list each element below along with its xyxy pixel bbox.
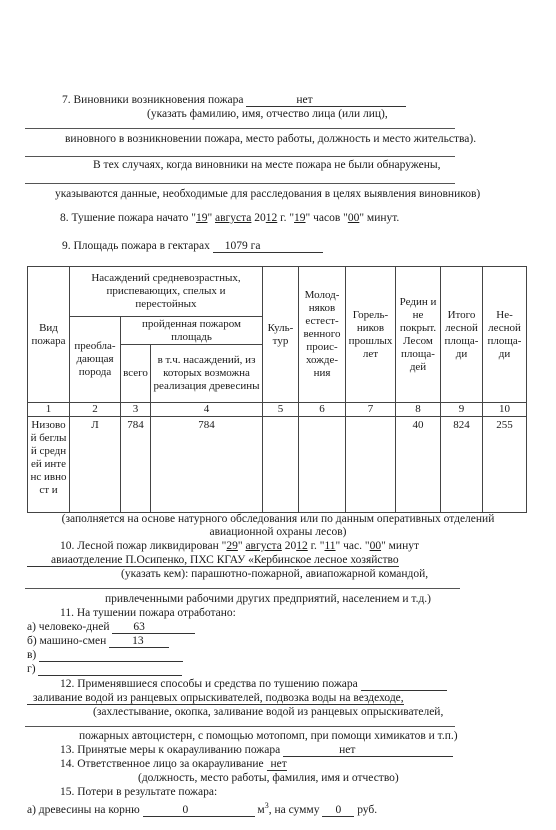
cell-burnt[interactable] [346,417,396,513]
item11-b-line: б) машино-смен 13 [27,634,169,648]
item12-hint2: пожарных автоцистерн, с помощью мотопомп… [79,729,458,743]
item14-line: 14. Ответственное лицо за окарауливание … [60,757,287,771]
cell-total[interactable]: 784 [121,417,151,513]
end-minute[interactable]: 00 [370,540,382,552]
extinguish-methods-field[interactable]: заливание водой из ранцевых опрыскивател… [27,692,404,705]
header-total-forest: Итого лесной площа-ди [441,267,483,403]
timber-sum-field[interactable]: 0 [322,804,354,817]
cell-total-forest[interactable]: 824 [441,417,483,513]
fire-area-table: Вид пожара Насаждений средневозрастных, … [27,266,527,513]
item8-line: 8. Тушение пожара начато "19" августа 20… [60,211,399,225]
cell-nonforest[interactable]: 255 [483,417,527,513]
blank-rule [25,128,455,129]
item13-line: 13. Принятые меры к окарауливанию пожара… [60,743,453,757]
cell-species[interactable]: Л [70,417,121,513]
cell-fire-type[interactable]: Низово й беглый средней интенс ивност и [28,417,70,513]
table-row: Низово й беглый средней интенс ивност и … [28,417,527,513]
item14-hint: (должность, место работы, фамилия, имя и… [138,771,399,785]
end-month[interactable]: августа [245,540,281,552]
header-burnt-past: Горель-ников прошлых лет [346,267,396,403]
item7-hint1: (указать фамилию, имя, отчество лица (ил… [147,107,388,121]
column-number-row: 1 2 3 4 5 6 7 8 9 10 [28,403,527,417]
header-burned-area: пройденная пожаром площадь [121,317,263,345]
item12-hint1: (захлестывание, окопка, заливание водой … [93,705,443,719]
item7-hint4: указываются данные, необходимые для расс… [55,187,480,201]
fire-area-field[interactable]: 1079 га [213,240,323,253]
item7-line: 7. Виновники возникновения пожара нет [62,93,406,107]
guarding-measures-field[interactable]: нет [283,744,453,757]
item12-value-line: заливание водой из ранцевых опрыскивател… [27,691,404,705]
person-days-field[interactable]: 63 [112,621,195,634]
header-stands: Насаждений средневозрастных, приспевающи… [70,267,263,317]
blank-rule [25,726,455,727]
blank-rule [25,156,455,157]
header-cultures: Куль-тур [263,267,299,403]
item7-culprits-field[interactable]: нет [246,94,406,107]
start-hour[interactable]: 19 [294,212,306,224]
header-total: всего [121,345,151,403]
start-day[interactable]: 19 [196,212,208,224]
cell-cultures[interactable] [263,417,299,513]
header-young-natural: Молод-няков естест-венного проис-хожде-н… [299,267,346,403]
item15-a-line: а) древесины на корню 0 м3, на сумму 0 р… [27,799,377,817]
extinguished-by-field[interactable]: авиаотделение П.Осипенко, ПХС КГАУ «Керб… [27,554,399,567]
table-note-line1: (заполняется на основе натурного обследо… [0,512,556,526]
item11-g-field[interactable] [38,663,182,676]
header-fire-type: Вид пожара [28,267,70,403]
item9-label: 9. Площадь пожара в гектарах [62,240,210,252]
item12-blank[interactable] [361,678,447,691]
header-sparse-uncovered: Редин и не покрыт. Лесом площа-дей [396,267,441,403]
end-day[interactable]: 29 [226,540,238,552]
cell-sparse[interactable]: 40 [396,417,441,513]
item7-hint2: виновного в возникновении пожара, место … [65,132,476,146]
header-dominant-species: преобла-дающая порода [70,317,121,403]
item12-line: 12. Применявшиеся способы и средства по … [60,677,447,691]
responsible-person-field[interactable]: нет [267,758,287,771]
item7-hint3: В тех случаях, когда виновники на месте … [93,158,441,172]
start-minute[interactable]: 00 [348,212,360,224]
item9-line: 9. Площадь пожара в гектарах 1079 га [62,239,323,253]
item11-v-field[interactable] [39,649,183,662]
end-year[interactable]: 12 [296,540,308,552]
header-incl-harvestable: в т.ч. насаждений, из которых возможна р… [151,345,263,403]
machine-shifts-field[interactable]: 13 [109,635,169,648]
item10-line: 10. Лесной пожар ликвидирован "29" авгус… [60,539,419,553]
cell-young[interactable] [299,417,346,513]
blank-rule [25,588,460,589]
item11-v-line: в) [27,648,183,662]
item11-label: 11. На тушении пожара отработано: [60,606,236,620]
timber-volume-field[interactable]: 0 [143,804,255,817]
item10-hint1: (указать кем): парашютно-пожарной, авиап… [121,567,428,581]
blank-rule [25,183,455,184]
item7-label: 7. Виновники возникновения пожара [62,94,244,106]
cell-harvestable[interactable]: 784 [151,417,263,513]
table-note-line2: авиационной охраны лесов) [0,525,556,539]
item11-a-line: а) человеко-дней 63 [27,620,195,634]
item15-label: 15. Потери в результате пожара: [60,785,217,799]
item10-by-whom-line: авиаотделение П.Осипенко, ПХС КГАУ «Керб… [27,553,399,567]
header-nonforest: Не-лесной площа-ди [483,267,527,403]
item11-g-line: г) [27,662,182,676]
item10-hint2: привлеченными рабочими других предприяти… [105,592,431,606]
end-hour[interactable]: 11 [324,540,335,552]
start-year[interactable]: 12 [266,212,278,224]
start-month[interactable]: августа [215,212,251,224]
